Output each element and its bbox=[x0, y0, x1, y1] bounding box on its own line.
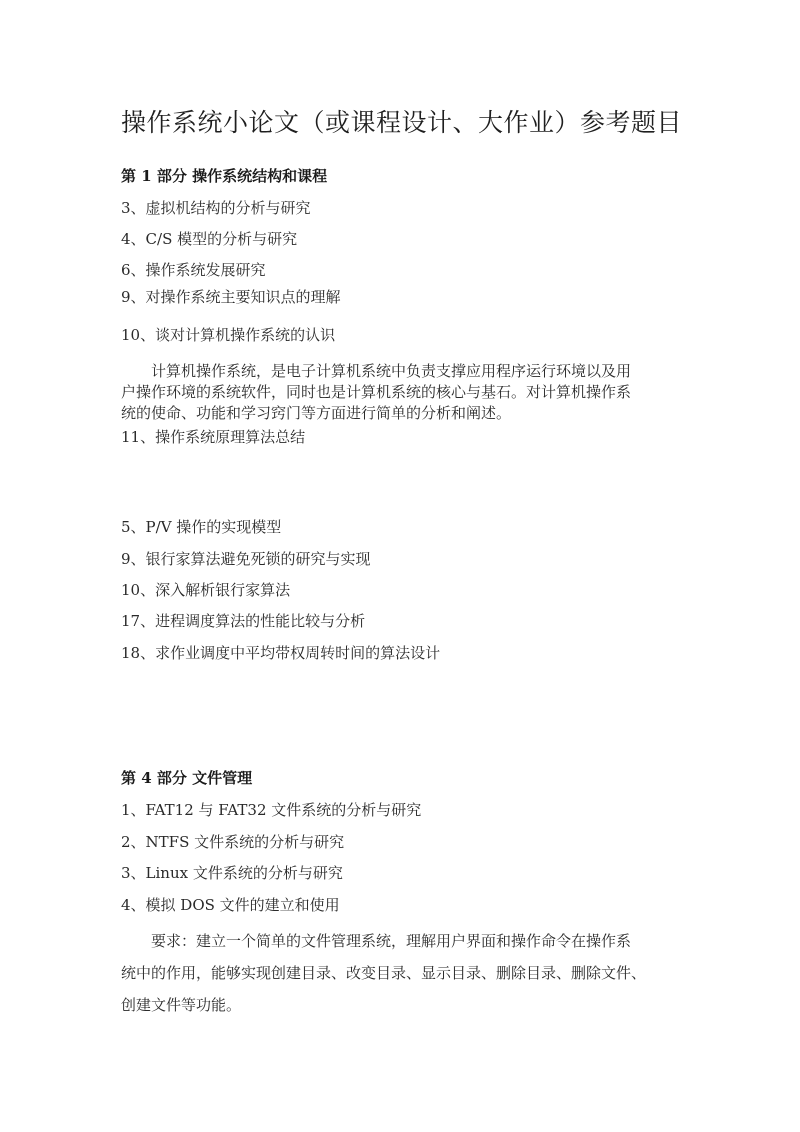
page-title: 操作系统小论文（或课程设计、大作业）参考题目 bbox=[121, 103, 682, 139]
requirement-paragraph: 要求：建立一个简单的文件管理系统，理解用户界面和操作命令在操作系 统中的作用，能… bbox=[121, 925, 681, 1021]
paragraph-line: 统中的作用，能够实现创建目录、改变目录、显示目录、删除目录、删除文件、 bbox=[121, 957, 681, 989]
list-item: 17、进程调度算法的性能比较与分析 bbox=[121, 610, 365, 631]
list-item: 5、P/V 操作的实现模型 bbox=[121, 516, 281, 537]
list-item: 9、银行家算法避免死锁的研究与实现 bbox=[121, 548, 371, 569]
list-item: 4、模拟 DOS 文件的建立和使用 bbox=[121, 894, 340, 915]
list-item: 4、C/S 模型的分析与研究 bbox=[121, 228, 297, 249]
paragraph-line: 户操作环境的系统软件，同时也是计算机系统的核心与基石。对计算机操作系 bbox=[121, 382, 681, 403]
list-item: 10、谈对计算机操作系统的认识 bbox=[121, 324, 335, 345]
list-item: 3、Linux 文件系统的分析与研究 bbox=[121, 862, 343, 883]
list-item: 3、虚拟机结构的分析与研究 bbox=[121, 197, 311, 218]
paragraph-line: 统的使命、功能和学习窍门等方面进行简单的分析和阐述。 bbox=[121, 403, 681, 424]
paragraph-line: 要求：建立一个简单的文件管理系统，理解用户界面和操作命令在操作系 bbox=[121, 925, 681, 957]
paragraph-line: 创建文件等功能。 bbox=[121, 989, 681, 1021]
description-paragraph: 计算机操作系统，是电子计算机系统中负责支撑应用程序运行环境以及用 户操作环境的系… bbox=[121, 361, 681, 424]
list-item: 9、对操作系统主要知识点的理解 bbox=[121, 286, 341, 307]
list-item: 11、操作系统原理算法总结 bbox=[121, 426, 305, 447]
list-item: 6、操作系统发展研究 bbox=[121, 259, 266, 280]
section-heading-part4: 第 4 部分 文件管理 bbox=[121, 767, 252, 788]
list-item: 18、求作业调度中平均带权周转时间的算法设计 bbox=[121, 642, 440, 663]
list-item: 1、FAT12 与 FAT32 文件系统的分析与研究 bbox=[121, 799, 421, 820]
section-heading-part1: 第 1 部分 操作系统结构和课程 bbox=[121, 165, 327, 186]
list-item: 2、NTFS 文件系统的分析与研究 bbox=[121, 831, 344, 852]
list-item: 10、深入解析银行家算法 bbox=[121, 579, 290, 600]
paragraph-line: 计算机操作系统，是电子计算机系统中负责支撑应用程序运行环境以及用 bbox=[121, 361, 681, 382]
document-page: 操作系统小论文（或课程设计、大作业）参考题目 第 1 部分 操作系统结构和课程 … bbox=[0, 0, 800, 1132]
